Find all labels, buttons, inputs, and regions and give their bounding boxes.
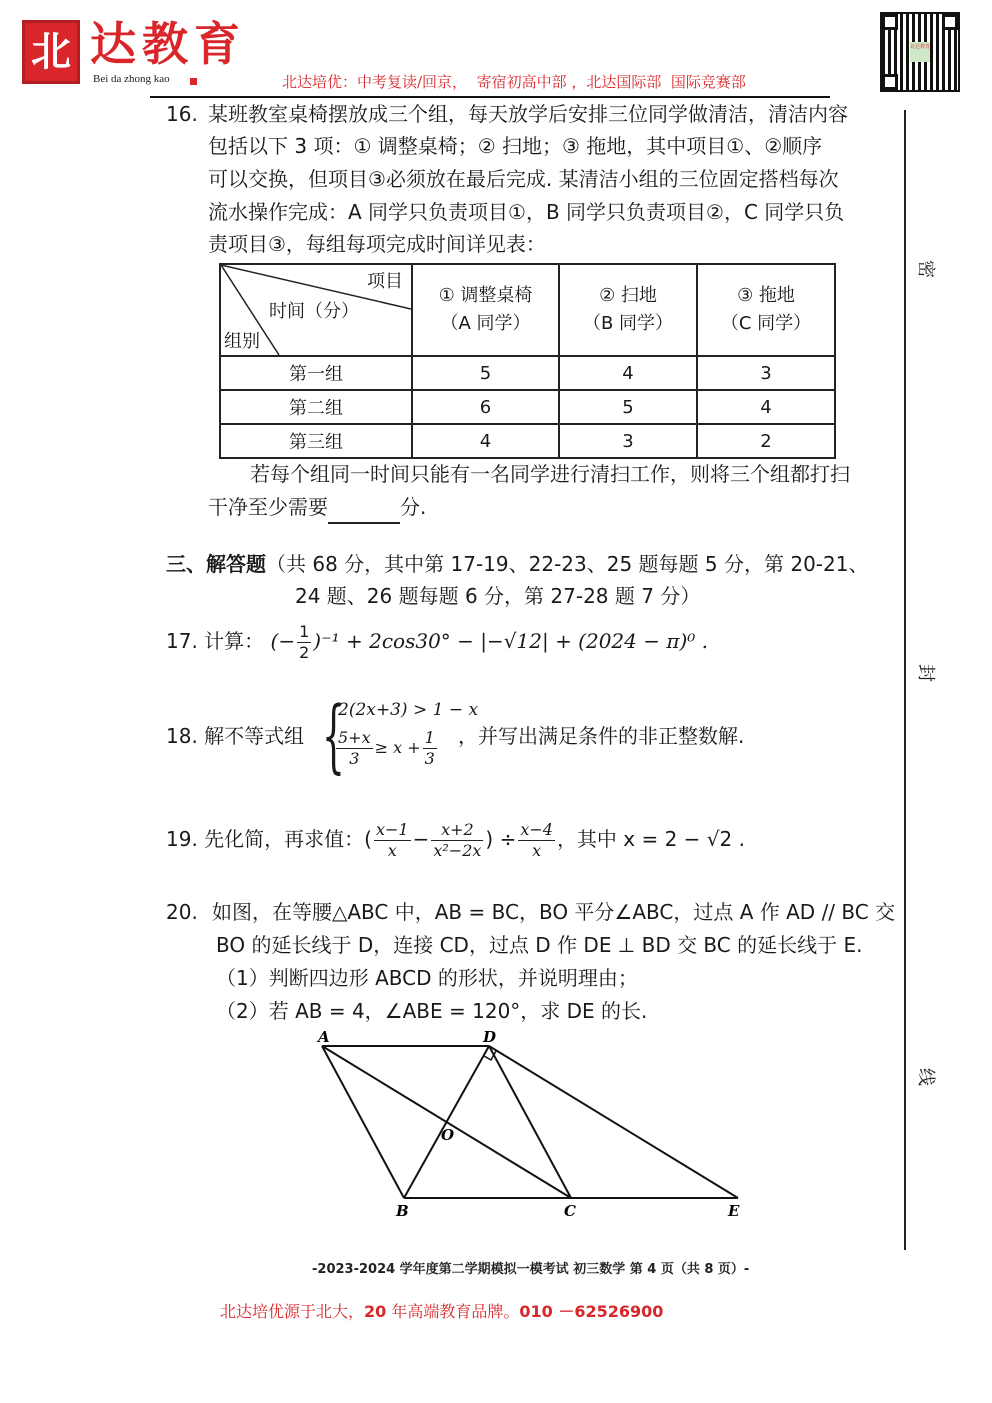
q20-number: 20.: [166, 896, 198, 929]
inequality-2: 5+x3≥ x +13: [334, 728, 439, 769]
group-label: 第三组: [220, 424, 412, 458]
point-label-c: C: [564, 1202, 576, 1220]
column-sub: （A 同学）: [413, 310, 558, 338]
binding-char-line: 线: [914, 1068, 940, 1086]
q19-op: −: [413, 827, 430, 851]
section-desc-2: 24 题、26 题每题 6 分，第 27-28 题 7 分）: [295, 580, 700, 613]
point-label-o: O: [441, 1126, 454, 1144]
table-cell: 3: [559, 424, 697, 458]
q17: 17. 计算： (−12)⁻¹ + 2cos30° − |−√12| + (20…: [166, 622, 708, 663]
table-cell: 4: [412, 424, 559, 458]
section-title: 三、解答题: [166, 552, 266, 576]
logo-mark: 北: [22, 20, 80, 84]
table-cell: 6: [412, 390, 559, 424]
q16-answer-prefix: 干净至少需要: [208, 495, 328, 519]
point-label-a: A: [316, 1028, 330, 1046]
promo-years: 20: [364, 1302, 386, 1321]
page-footer: -2023-2024 学年度第二学期模拟一模考试 初三数学 第 4 页（共 8 …: [312, 1258, 749, 1277]
column-title: ② 扫地: [560, 282, 696, 310]
q20-part-1: （1）判断四边形 ABCD 的形状，并说明理由；: [216, 962, 638, 995]
qr-center-logo: 北达教育: [910, 42, 930, 62]
table-cell: 4: [559, 356, 697, 390]
q16-answer-suffix: 分.: [400, 495, 426, 519]
fraction-denominator: x: [518, 841, 555, 861]
q18-prefix: 18. 解不等式组: [166, 720, 304, 753]
binding-char-seal: 密: [914, 260, 940, 278]
binding-line: [904, 110, 906, 1250]
fraction-denominator: x²−2x: [431, 841, 483, 861]
q19-number: 19.: [166, 827, 198, 851]
table-corner-cell: 项目 时间（分） 组别: [220, 264, 412, 356]
promo-text-2: 年高端教育品牌。: [386, 1302, 519, 1321]
logo-subtitle: Bei da zhong kao: [93, 73, 170, 85]
table-cell: 4: [697, 390, 835, 424]
q17-expr: )⁻¹ + 2cos30° − |−√12| + (2024 − π)⁰ .: [313, 629, 708, 653]
fraction-numerator: x−4: [518, 820, 555, 841]
inequality-1: 2(2x+3) > 1 − x: [338, 700, 478, 720]
table-cell: 5: [559, 390, 697, 424]
q18-tail: ，并写出满足条件的非正整数解.: [458, 720, 744, 753]
table-cell: 3: [697, 356, 835, 390]
logo-square-icon: [190, 78, 197, 85]
promo-footer: 北达培优源于北大，20 年高端教育品牌。010 －62526900: [220, 1299, 663, 1322]
fraction-denominator: 3: [336, 749, 373, 769]
fraction-numerator: 1: [297, 622, 311, 643]
q16-line: 责项目③，每组每项完成时间详见表：: [208, 228, 546, 261]
table-row: 第二组 6 5 4: [220, 390, 835, 424]
point-label-b: B: [395, 1202, 409, 1220]
table-row: 第一组 5 4 3: [220, 356, 835, 390]
fraction-denominator: x: [374, 841, 411, 861]
q16-line: 可以交换，但项目③必须放在最后完成. 某清洁小组的三位固定搭档每次: [208, 163, 839, 196]
column-title: ③ 拖地: [698, 282, 834, 310]
q18-label: 解不等式组: [204, 724, 304, 748]
geometry-figure: A D O B C E: [300, 1020, 760, 1220]
table-header-cell: ② 扫地 （B 同学）: [559, 264, 697, 356]
q17-label: 计算：: [204, 629, 264, 653]
section-heading: 三、解答题（共 68 分，其中第 17-19、22-23、25 题每题 5 分，…: [166, 548, 868, 581]
corner-label-group: 组别: [224, 327, 260, 353]
q19-label: 先化简，再求值：(: [204, 827, 372, 851]
table-header-cell: ③ 拖地 （C 同学）: [697, 264, 835, 356]
q16-question: 若每个组同一时间只能有一名同学进行清扫工作，则将三个组都打扫: [250, 458, 850, 491]
fraction-numerator: 1: [423, 728, 437, 749]
corner-label-item: 项目: [367, 267, 403, 293]
corner-label-time: 时间（分）: [269, 297, 359, 323]
q20-line: 如图，在等腰△ABC 中，AB = BC，BO 平分∠ABC，过点 A 作 AD…: [212, 896, 895, 929]
fraction-numerator: x−1: [374, 820, 411, 841]
table-row: 第三组 4 3 2: [220, 424, 835, 458]
q16-number: 16.: [166, 98, 198, 131]
q19-tail: ，其中 x = 2 − √2 .: [557, 827, 745, 851]
point-label-e: E: [727, 1202, 740, 1220]
qr-finder-icon: [942, 14, 958, 30]
q20-line: BO 的延长线于 D，连接 CD，过点 D 作 DE ⊥ BD 交 BC 的延长…: [216, 929, 862, 962]
fraction-numerator: 5+x: [336, 728, 373, 749]
logo-text: 达教育: [90, 14, 246, 74]
q19-op: ) ÷: [485, 827, 516, 851]
binding-char-seal: 封: [914, 664, 940, 682]
table-cell: 5: [412, 356, 559, 390]
fraction-numerator: x+2: [431, 820, 483, 841]
group-label: 第二组: [220, 390, 412, 424]
q17-expr: (−: [271, 629, 296, 653]
cleaning-time-table: 项目 时间（分） 组别 ① 调整桌椅 （A 同学） ② 扫地 （B 同学） ③ …: [219, 263, 836, 459]
q16-line: 包括以下 3 项：① 调整桌椅；② 扫地；③ 拖地，其中项目①、②顺序: [208, 130, 822, 163]
qr-finder-icon: [882, 14, 898, 30]
q17-number: 17.: [166, 629, 198, 653]
qr-finder-icon: [882, 74, 898, 90]
fraction-denominator: 2: [297, 643, 311, 663]
q18-number: 18.: [166, 724, 198, 748]
section-desc: （共 68 分，其中第 17-19、22-23、25 题每题 5 分，第 20-…: [266, 552, 868, 576]
q19: 19. 先化简，再求值：(x−1x−x+2x²−2x) ÷x−4x，其中 x =…: [166, 820, 745, 861]
answer-blank[interactable]: [328, 500, 400, 524]
group-label: 第一组: [220, 356, 412, 390]
table-header-cell: ① 调整桌椅 （A 同学）: [412, 264, 559, 356]
fraction-denominator: 3: [423, 749, 437, 769]
promo-text: 北达培优源于北大，: [220, 1302, 364, 1321]
q16-answer-line: 干净至少需要分.: [208, 491, 426, 524]
point-label-d: D: [482, 1028, 496, 1046]
column-sub: （B 同学）: [560, 310, 696, 338]
column-sub: （C 同学）: [698, 310, 834, 338]
inequality-op: ≥ x +: [375, 738, 421, 757]
q16-line: 某班教室桌椅摆放成三个组，每天放学后安排三位同学做清洁，清洁内容: [208, 98, 848, 131]
table-cell: 2: [697, 424, 835, 458]
column-title: ① 调整桌椅: [413, 282, 558, 310]
promo-phone: 010 －62526900: [519, 1302, 663, 1321]
header-slogan: 北达培优：中考复读/回京， 寄宿初高中部 ，北达国际部 国际竞赛部: [282, 71, 746, 92]
q16-line: 流水操作完成：A 同学只负责项目①，B 同学只负责项目②，C 同学只负: [208, 196, 844, 229]
